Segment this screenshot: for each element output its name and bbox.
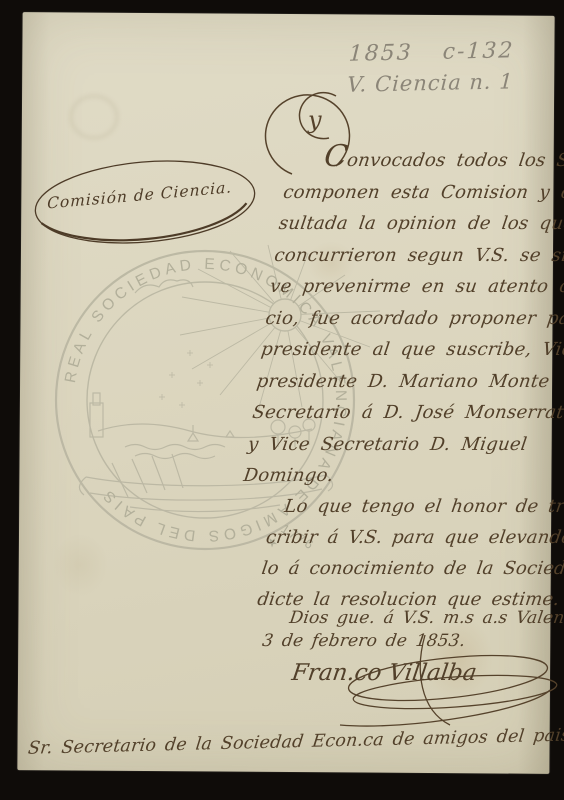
commission-label: Comisión de Ciencia. [47, 178, 232, 212]
letter-line: Convocados todos los SS. que [286, 141, 564, 177]
letter-line: y Vice Secretario D. Miguel [246, 429, 538, 461]
letter-line: lo á conocimiento de la Sociedad [260, 553, 552, 584]
letter-line: sultada la opinion de los que [277, 208, 564, 240]
letter-line: presidente D. Mariano Monte [255, 366, 547, 398]
letter-line: cribir á V.S. para que elevando- [264, 522, 556, 553]
signature: Fran.co Villalba [290, 660, 478, 686]
catalog-year: 1853 [348, 40, 413, 66]
letter-line: Secretario á D. José Monserrat [250, 397, 542, 429]
letter-body: Convocados todos los SS. que componen es… [241, 141, 564, 492]
letter-line: Domingo. [241, 460, 533, 492]
letter-line: cio, fue acordado proponer para [264, 303, 556, 335]
archival-annotations: 1853 c-132 V. Ciencia n. 1 [347, 38, 516, 97]
photo-background: REAL SOCIEDAD ECONOMICA VALENCIANA DE AM… [0, 0, 564, 800]
catalog-code: c-132 [442, 38, 515, 65]
letter-line: concurrieron segun V.S. se sir- [272, 240, 564, 272]
letter-paragraph2: Lo que tengo el honor de trans- cribir á… [255, 491, 560, 615]
seal-stars [159, 350, 213, 408]
letter-line: componen esta Comision y con- [281, 177, 564, 209]
catalog-reference: V. Ciencia n. 1 [347, 69, 515, 97]
letter-line: ve prevenirme en su atento ofi- [268, 271, 560, 303]
letter-line: presidente al que suscribe, Vice- [259, 334, 551, 366]
opening-flourish-glyph: y [307, 106, 322, 134]
closing-line: Dios gue. á V.S. m.s a.s Valencia [264, 607, 555, 630]
letter-line: Lo que tengo el honor de trans- [268, 491, 560, 522]
commission-oval-stamp: Comisión de Ciencia. [28, 150, 263, 255]
blind-stamp [70, 95, 118, 139]
